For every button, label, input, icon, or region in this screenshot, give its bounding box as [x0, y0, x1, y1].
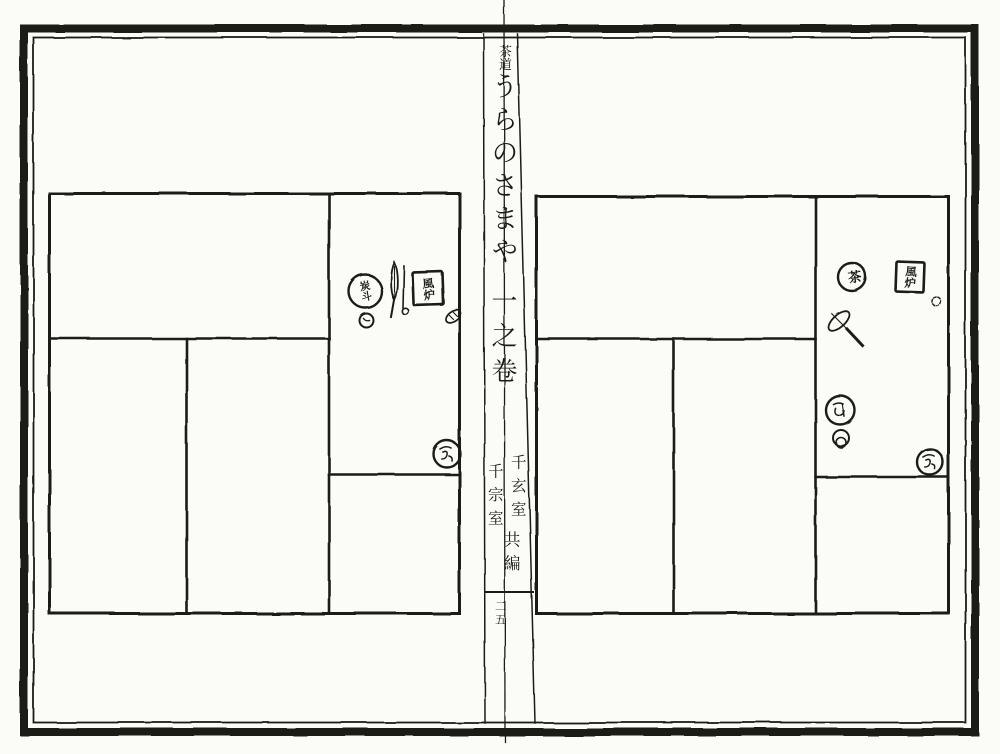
feather-brush-icon: [391, 262, 398, 317]
editor-primary: 千玄室: [509, 454, 525, 525]
lid-rest-icon: [833, 430, 849, 448]
sumitori-label: 炭斗: [358, 280, 372, 303]
editor-secondary: 千宗室: [486, 463, 502, 534]
coeditor-role: 共編: [502, 531, 519, 578]
book-title: うらのさまや: [489, 72, 516, 270]
incense-container-circle: [359, 313, 373, 327]
right-floorplan: [537, 197, 949, 614]
door-seal: [434, 441, 461, 468]
tea-bowl-label: 茶: [844, 269, 859, 284]
book-page-scan: 茶道 うらのさまや 一之卷 千玄室 千宗室 共編 二五 炭斗 風炉 茶 風炉: [0, 0, 1000, 754]
furo-label-right: 風炉: [903, 265, 916, 289]
water-jar-seal: [826, 396, 855, 425]
furo-label-left: 風炉: [421, 277, 435, 301]
dotted-circle: [932, 297, 941, 306]
page-number-rule: [484, 591, 534, 593]
series-title: 茶道: [482, 46, 522, 72]
page-number: 二五: [494, 600, 506, 627]
fire-chopsticks-icon: [402, 266, 408, 315]
ladle-icon: [825, 308, 862, 345]
left-floorplan: [50, 194, 463, 614]
volume-label: 一之卷: [489, 287, 515, 392]
door-seal: [917, 449, 943, 475]
